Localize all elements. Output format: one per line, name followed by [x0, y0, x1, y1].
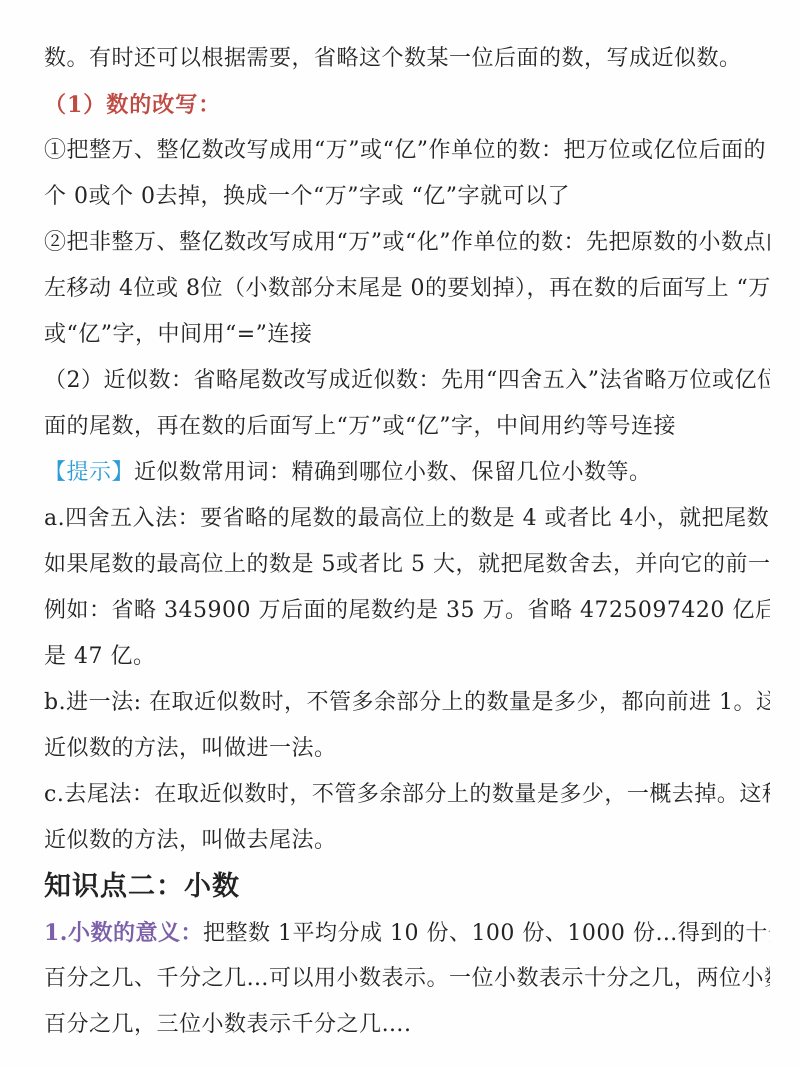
text-segment: 数。有时还可以根据需要，省略这个数某一位后面的数，写成近似数。 — [44, 46, 742, 71]
text-segment: （2）近似数：省略尾数改写成近似数：先用“四舍五入”法省略万位或亿位后 — [44, 368, 770, 393]
text-segment: 百分之几，三位小数表示千分之几…. — [44, 1012, 412, 1037]
text-segment: ②把非整万、整亿数改写成用“万”或“化”作单位的数：先把原数的小数点向 — [44, 230, 770, 255]
text-segment: 或“亿”字，中间用“=”连接 — [44, 322, 312, 347]
text-segment: 面的尾数，再在数的后面写上“万”或“亿”字，中间用约等号连接 — [44, 414, 676, 439]
text-line: （1）数的改写： — [44, 82, 770, 128]
text-segment: 是 47 亿。 — [44, 644, 155, 669]
text-line: ②把非整万、整亿数改写成用“万”或“化”作单位的数：先把原数的小数点向 — [44, 220, 770, 266]
text-segment: 1.小数的意义： — [44, 920, 203, 946]
text-segment: 百分之几、千分之几…可以用小数表示。一位小数表示十分之几，两位小数表示 — [44, 966, 770, 991]
text-line: （2）近似数：省略尾数改写成近似数：先用“四舍五入”法省略万位或亿位后 — [44, 358, 770, 404]
text-segment: 个 0或个 0去掉，换成一个“万”字或 “亿”字就可以了 — [44, 184, 570, 209]
text-line: 或“亿”字，中间用“=”连接 — [44, 312, 770, 358]
text-segment: （1）数的改写： — [44, 92, 221, 118]
text-segment: 例如：省略 345900 万后面的尾数约是 35 万。省略 4725097420… — [44, 598, 770, 623]
text-line: 1.小数的意义：把整数 1平均分成 10 份、100 份、1000 份…得到的十… — [44, 910, 770, 956]
document-body: 数。有时还可以根据需要，省略这个数某一位后面的数，写成近似数。（1）数的改写：①… — [44, 36, 770, 1048]
text-line: 个 0或个 0去掉，换成一个“万”字或 “亿”字就可以了 — [44, 174, 770, 220]
text-segment: a.四舍五入法：要省略的尾数的最高位上的数是 4 或者比 4小，就把尾数去掉； — [44, 506, 770, 531]
text-line: 例如：省略 345900 万后面的尾数约是 35 万。省略 4725097420… — [44, 588, 770, 634]
text-line: 近似数的方法，叫做去尾法。 — [44, 818, 770, 864]
text-line: c.去尾法：在取近似数时，不管多余部分上的数量是多少，一概去掉。这种求 — [44, 772, 770, 818]
text-line: 【提示】近似数常用词：精确到哪位小数、保留几位小数等。 — [44, 450, 770, 496]
text-segment: 知识点二：小数 — [44, 871, 240, 902]
text-line: 百分之几，三位小数表示千分之几…. — [44, 1002, 770, 1048]
text-segment: 把整数 1平均分成 10 份、100 份、1000 份…得到的十分之几、 — [203, 921, 770, 946]
text-segment: 左移动 4位或 8位（小数部分末尾是 0的要划掉），再在数的后面写上 “万”字 — [44, 276, 770, 301]
text-line: ①把整万、整亿数改写成用“万”或“亿”作单位的数：把万位或亿位后面的 4 — [44, 128, 770, 174]
text-line: 百分之几、千分之几…可以用小数表示。一位小数表示十分之几，两位小数表示 — [44, 956, 770, 1002]
text-segment: c.去尾法：在取近似数时，不管多余部分上的数量是多少，一概去掉。这种求 — [44, 782, 770, 807]
text-segment: b.进一法: 在取近似数时，不管多余部分上的数量是多少，都向前进 1。这种求 — [44, 690, 770, 715]
text-line: 近似数的方法，叫做进一法。 — [44, 726, 770, 772]
text-segment: 【提示】 — [44, 460, 134, 485]
text-segment: 近似数常用词：精确到哪位小数、保留几位小数等。 — [134, 460, 652, 485]
text-line: 是 47 亿。 — [44, 634, 770, 680]
text-segment: 近似数的方法，叫做进一法。 — [44, 736, 337, 761]
section-heading: 知识点二：小数 — [44, 864, 770, 910]
text-line: 面的尾数，再在数的后面写上“万”或“亿”字，中间用约等号连接 — [44, 404, 770, 450]
text-segment: 如果尾数的最高位上的数是 5或者比 5 大，就把尾数舍去，并向它的前一位进 1。 — [44, 552, 770, 577]
text-line: 数。有时还可以根据需要，省略这个数某一位后面的数，写成近似数。 — [44, 36, 770, 82]
text-line: b.进一法: 在取近似数时，不管多余部分上的数量是多少，都向前进 1。这种求 — [44, 680, 770, 726]
text-line: 左移动 4位或 8位（小数部分末尾是 0的要划掉），再在数的后面写上 “万”字 — [44, 266, 770, 312]
text-line: a.四舍五入法：要省略的尾数的最高位上的数是 4 或者比 4小，就把尾数去掉； — [44, 496, 770, 542]
text-line: 如果尾数的最高位上的数是 5或者比 5 大，就把尾数舍去，并向它的前一位进 1。 — [44, 542, 770, 588]
text-segment: 近似数的方法，叫做去尾法。 — [44, 828, 337, 853]
document-page: 数。有时还可以根据需要，省略这个数某一位后面的数，写成近似数。（1）数的改写：①… — [0, 0, 800, 1067]
text-segment: ①把整万、整亿数改写成用“万”或“亿”作单位的数：把万位或亿位后面的 4 — [44, 138, 770, 163]
